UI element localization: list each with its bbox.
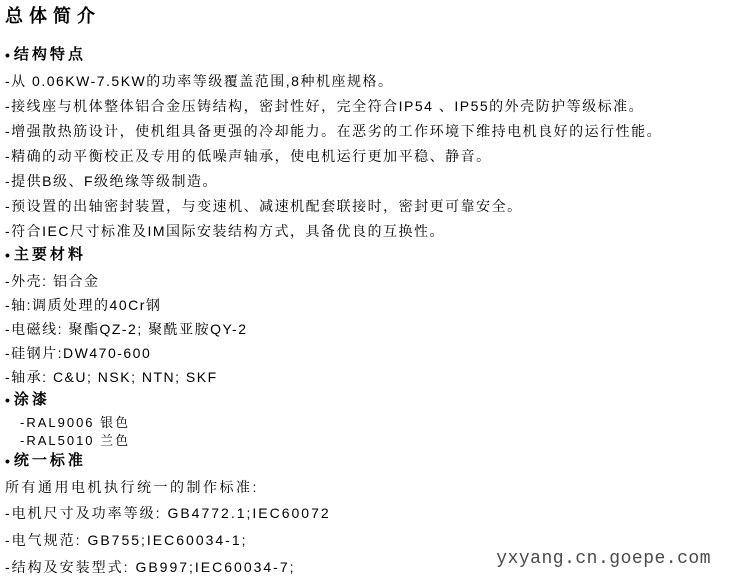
- bullet-icon: •: [5, 391, 10, 409]
- watermark-text: yxyang.cn.goepe.com: [496, 549, 711, 569]
- list-item: -符合IEC尺寸标准及IM国际安装结构方式，具备优良的互换性。: [5, 219, 733, 244]
- list-item: -外壳: 铝合金: [5, 269, 733, 293]
- section-header-label: 涂漆: [14, 391, 50, 409]
- list-item: -电磁线: 聚酯QZ-2; 聚酰亚胺QY-2: [5, 317, 733, 341]
- document-page: 总体简介 • 结构特点 -从 0.06KW-7.5KW的功率等级覆盖范围,8种机…: [0, 0, 735, 577]
- list-item: -精确的动平衡校正及专用的低噪声轴承，使电机运行更加平稳、静音。: [5, 144, 733, 169]
- paint-color-list: -RAL9006 银色 -RAL5010 兰色: [20, 414, 733, 450]
- list-item: -接线座与机体整体铝合金压铸结构，密封性好，完全符合IP54 、IP55的外壳防…: [5, 94, 733, 119]
- standards-intro: 所有通用电机执行统一的制作标准:: [5, 475, 733, 500]
- list-item: -轴:调质处理的40Cr钢: [5, 293, 733, 317]
- section-materials: • 主要材料 -外壳: 铝合金 -轴:调质处理的40Cr钢 -电磁线: 聚酯QZ…: [5, 246, 733, 389]
- list-item: -RAL9006 银色: [20, 414, 733, 432]
- list-item: -电机尺寸及功率等级: GB4772.1;IEC60072: [5, 500, 733, 527]
- list-item: -预设置的出轴密封装置，与变速机、减速机配套联接时，密封更可靠安全。: [5, 194, 733, 219]
- bullet-icon: •: [5, 452, 10, 470]
- bullet-icon: •: [5, 246, 10, 264]
- list-item: -提供B级、F级绝缘等级制造。: [5, 169, 733, 194]
- list-item: -硅钢片:DW470-600: [5, 341, 733, 365]
- section-header-paint: • 涂漆: [5, 391, 733, 409]
- section-header-structure: • 结构特点: [5, 46, 733, 64]
- list-item: -轴承: C&U; NSK; NTN; SKF: [5, 365, 733, 389]
- bullet-icon: •: [5, 46, 10, 64]
- page-title: 总体简介: [5, 7, 733, 25]
- section-header-materials: • 主要材料: [5, 246, 733, 264]
- section-header-label: 结构特点: [14, 46, 86, 64]
- section-header-label: 统一标准: [14, 452, 86, 470]
- section-structure: • 结构特点 -从 0.06KW-7.5KW的功率等级覆盖范围,8种机座规格。 …: [5, 46, 733, 244]
- list-item: -RAL5010 兰色: [20, 432, 733, 450]
- list-item: -增强散热筋设计，使机组具备更强的冷却能力。在恶劣的工作环境下维持电机良好的运行…: [5, 119, 733, 144]
- section-header-standards: • 统一标准: [5, 452, 733, 470]
- section-paint: • 涂漆 -RAL9006 银色 -RAL5010 兰色: [5, 391, 733, 450]
- list-item: -从 0.06KW-7.5KW的功率等级覆盖范围,8种机座规格。: [5, 69, 733, 94]
- section-header-label: 主要材料: [14, 246, 86, 264]
- document-content: 总体简介 • 结构特点 -从 0.06KW-7.5KW的功率等级覆盖范围,8种机…: [5, 7, 733, 577]
